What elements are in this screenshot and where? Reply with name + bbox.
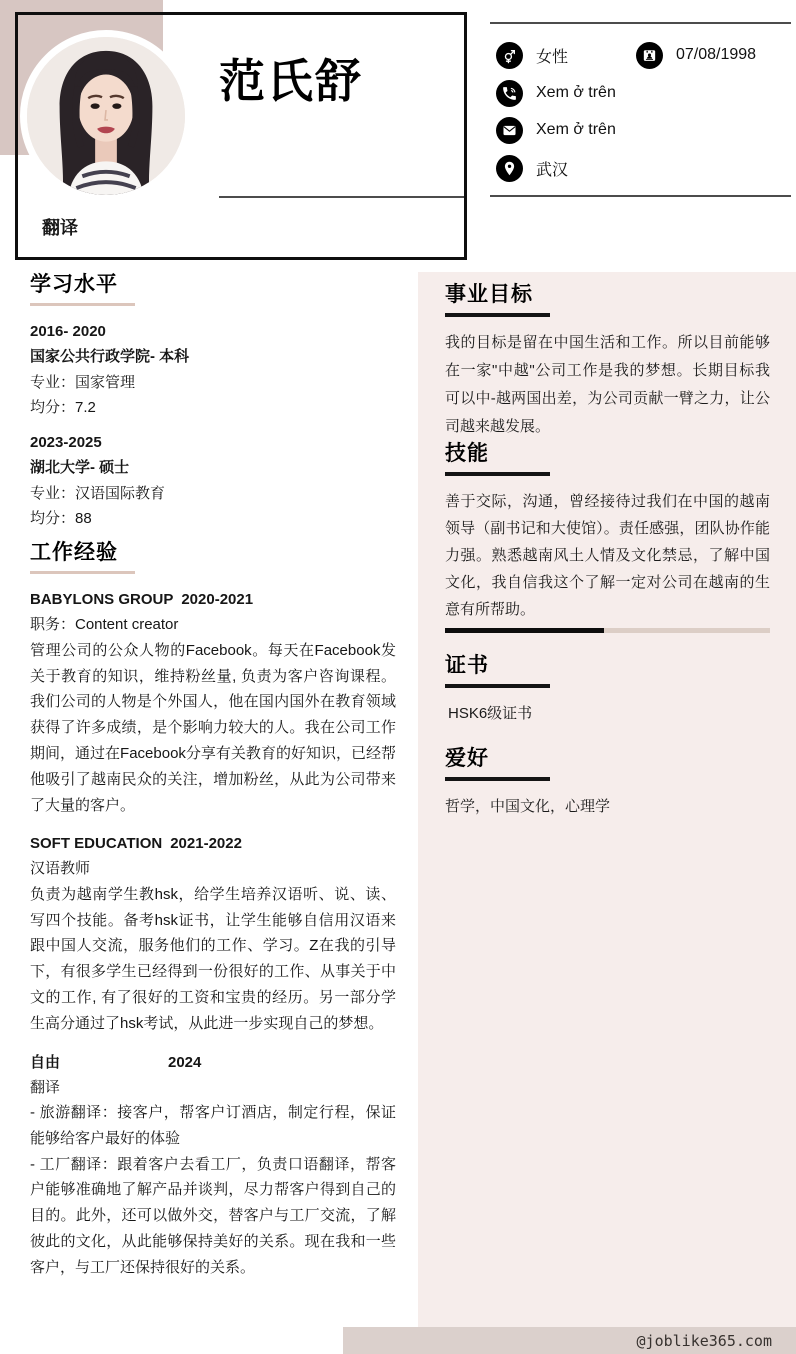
job-period: 2020-2021 (181, 587, 253, 612)
gender-icon (496, 42, 523, 69)
education-period: 2023-2025 (30, 430, 396, 455)
job-entry: BABYLONS GROUP 2020-2021 职务：Content crea… (30, 587, 396, 818)
job-role: 汉语教师 (30, 856, 396, 881)
avatar-portrait-graphic (27, 37, 185, 195)
education-entry: 2016- 2020 国家公共行政学院- 本科 专业：国家管理 均分：7.2 (30, 319, 396, 420)
objective-heading-rule (445, 313, 550, 317)
contact-email: Xem ở trên (496, 116, 616, 144)
hobbies-heading-rule (445, 777, 550, 781)
contact-email-label: Xem ở trên (536, 121, 616, 139)
job-entry: SOFT EDUCATION 2021-2022 汉语教师 负责为越南学生教hs… (30, 831, 396, 1036)
hobbies-heading: 爱好 (445, 746, 770, 771)
job-description: - 旅游翻译：接客户，帮客户订酒店，制定行程，保证能够给客户最好的体验 - 工厂… (30, 1100, 396, 1281)
job-head: SOFT EDUCATION 2021-2022 (30, 831, 396, 856)
job-head: 自由 2024 (30, 1050, 396, 1075)
job-role: 翻译 (30, 1075, 396, 1100)
footer-watermark-text: @joblike365.com (637, 1332, 772, 1350)
skill-level-fill (445, 628, 604, 633)
profile-job-title: 翻译 (42, 214, 78, 240)
education-heading: 学习水平 (30, 272, 396, 297)
certificates-heading-rule (445, 684, 550, 688)
footer-watermark-bar: @joblike365.com (343, 1327, 796, 1354)
contact-birthday-label: 07/08/1998 (676, 46, 756, 64)
skill-level-bar (445, 628, 770, 633)
contact-phone-label: Xem ở trên (536, 84, 616, 102)
education-heading-rule (30, 303, 135, 306)
experience-heading-rule (30, 571, 135, 574)
birthday-icon (636, 42, 663, 69)
job-description: 管理公司的公众人物的Facebook。每天在Facebook发关于教育的知识，维… (30, 638, 396, 819)
job-company: 自由 (30, 1050, 168, 1075)
contact-bottom-rule (490, 195, 791, 197)
location-icon (496, 155, 523, 182)
phone-icon (496, 80, 523, 107)
contact-location-label: 武汉 (536, 157, 568, 180)
left-column: 学习水平 2016- 2020 国家公共行政学院- 本科 专业：国家管理 均分：… (30, 272, 396, 1281)
contact-birthday: 07/08/1998 (636, 41, 756, 69)
skills-text: 善于交际，沟通，曾经接待过我们在中国的越南领导（副书记和大使馆）。责任感强，团队… (445, 488, 770, 623)
certificates-text: HSK6级证书 (445, 701, 770, 726)
contact-gender: 女性 (496, 41, 568, 69)
job-company: BABYLONS GROUP (30, 587, 181, 612)
education-gpa: 均分：7.2 (30, 395, 396, 420)
skills-heading-rule (445, 472, 550, 476)
contact-phone: Xem ở trên (496, 79, 616, 107)
objective-text: 我的目标是留在中国生活和工作。所以目前能够在一家"中越"公司工作是我的梦想。长期… (445, 329, 770, 441)
job-head: BABYLONS GROUP 2020-2021 (30, 587, 396, 612)
hobbies-text: 哲学，中国文化，心理学 (445, 794, 770, 819)
skills-heading: 技能 (445, 441, 770, 466)
education-school: 湖北大学- 硕士 (30, 455, 396, 480)
job-entry: 自由 2024 翻译 - 旅游翻译：接客户，帮客户订酒店，制定行程，保证能够给客… (30, 1050, 396, 1281)
education-major: 专业：国家管理 (30, 370, 396, 395)
job-period: 2021-2022 (170, 831, 242, 856)
objective-heading: 事业目标 (445, 282, 770, 307)
contact-top-rule (490, 22, 791, 24)
job-role: 职务：Content creator (30, 612, 396, 637)
email-icon (496, 117, 523, 144)
education-period: 2016- 2020 (30, 319, 396, 344)
right-panel: 事业目标 我的目标是留在中国生活和工作。所以目前能够在一家"中越"公司工作是我的… (418, 272, 796, 1327)
person-name: 范氏舒 (219, 54, 363, 108)
education-school: 国家公共行政学院- 本科 (30, 344, 396, 369)
contact-gender-label: 女性 (536, 44, 568, 67)
job-company: SOFT EDUCATION (30, 831, 170, 856)
education-major: 专业：汉语国际教育 (30, 481, 396, 506)
education-gpa: 均分：88 (30, 506, 396, 531)
education-entry: 2023-2025 湖北大学- 硕士 专业：汉语国际教育 均分：88 (30, 430, 396, 531)
resume-page: 事业目标 我的目标是留在中国生活和工作。所以目前能够在一家"中越"公司工作是我的… (0, 0, 796, 1354)
contact-location: 武汉 (496, 154, 568, 182)
avatar (20, 30, 192, 202)
experience-heading: 工作经验 (30, 540, 396, 565)
job-period: 2024 (168, 1050, 201, 1075)
job-description: 负责为越南学生教hsk，给学生培养汉语听、说、读、写四个技能。备考hsk证书，让… (30, 882, 396, 1037)
certificates-heading: 证书 (445, 653, 770, 678)
